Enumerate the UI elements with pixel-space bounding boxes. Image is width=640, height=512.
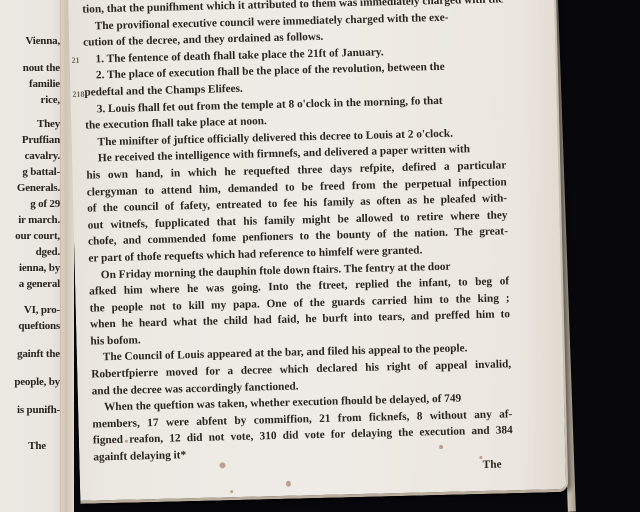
- left-line: VI, pro-: [0, 304, 60, 316]
- left-line: Generals.: [0, 182, 60, 194]
- left-line: ir march.: [0, 214, 60, 226]
- article-text: tion, that the punifhment which it attri…: [82, 0, 514, 483]
- foxing-spot: [286, 481, 291, 487]
- left-line: familie: [0, 78, 60, 90]
- main-page: 21 218 tion, that the punifhment which i…: [68, 0, 568, 504]
- left-line: Vienna,: [0, 35, 60, 47]
- left-line: our court,: [0, 230, 60, 242]
- left-line: people, by: [0, 376, 60, 388]
- left-line: They: [0, 118, 60, 130]
- foxing-spot: [439, 445, 443, 449]
- left-line: a general: [0, 278, 60, 290]
- left-line: is punifh-: [0, 404, 60, 416]
- left-line: g of 29: [0, 198, 60, 210]
- left-line: cavalry.: [0, 150, 60, 162]
- foxing-spot: [230, 490, 233, 493]
- photo-scene: Vienna, nout the familie rice, They Pruf…: [0, 0, 640, 512]
- margin-note: 21: [71, 56, 79, 65]
- left-line: rice,: [0, 94, 60, 106]
- foxing-spot: [479, 456, 482, 459]
- margin-note: 218: [72, 90, 84, 99]
- left-line: ienna, by: [0, 262, 60, 274]
- left-line: gainft the: [0, 348, 60, 360]
- left-catchword: The: [0, 440, 60, 452]
- left-line: nout the: [0, 62, 60, 74]
- left-line: dged.: [0, 246, 60, 258]
- foxing-spot: [125, 440, 128, 443]
- left-line: Pruffian: [0, 134, 60, 146]
- left-line: g battal-: [0, 166, 60, 178]
- left-line: queftions: [0, 320, 60, 332]
